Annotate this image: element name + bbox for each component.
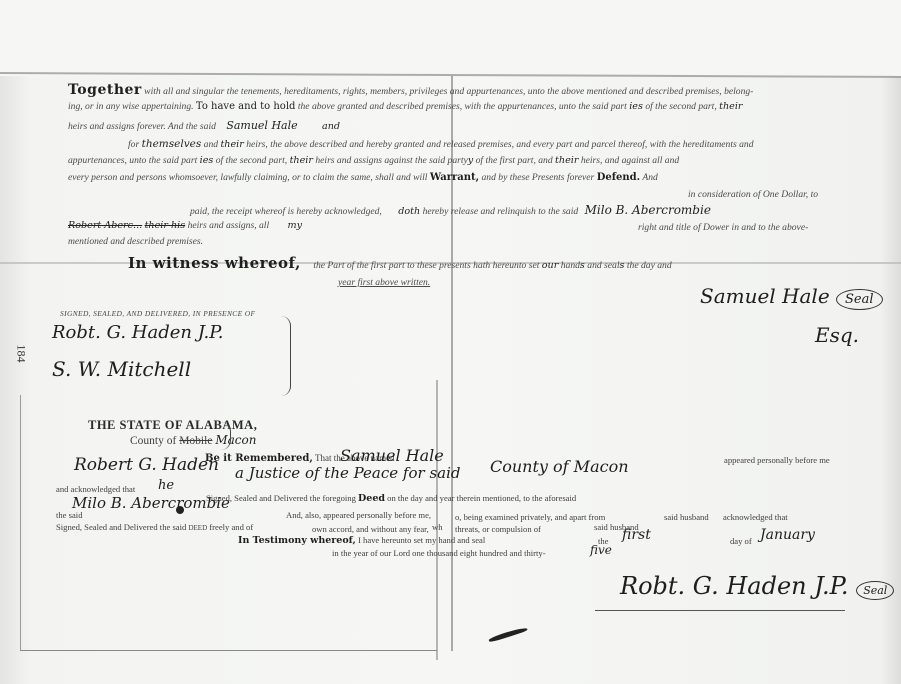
handwritten-county: County of Macon: [490, 457, 629, 476]
grantor-signature: Samuel Hale Seal: [700, 284, 883, 308]
county-label: County of: [130, 435, 176, 447]
be-it-remembered-heading: Be it Remembered,: [205, 453, 313, 464]
deed-line-5: appurtenances, unto the said part ies of…: [68, 155, 679, 166]
deed-text: the Part of the first part to these pres…: [313, 260, 539, 271]
deed-text: of the first part, and: [473, 155, 552, 166]
deed-text: And: [640, 172, 658, 183]
deed-line-9b: right and title of Dower in and to the a…: [638, 222, 808, 233]
deed-text: of the second part,: [645, 101, 716, 112]
blank-top-margin: [0, 0, 901, 76]
state-heading: THE STATE OF ALABAMA,: [88, 418, 257, 433]
deed-text: every person and persons whomsoever, law…: [68, 172, 430, 183]
husband-text: said husband: [664, 512, 709, 522]
witness-clause: In witness whereof, the Part of the firs…: [128, 254, 672, 272]
deed-text: with all and singular the tenements, her…: [142, 86, 754, 97]
handwritten-title: a Justice of the Peace for said: [235, 464, 460, 482]
deed-text: right and title of Dower in and to the a…: [638, 222, 808, 233]
testimony-line: In Testimony whereof, I have hereunto se…: [238, 535, 485, 546]
handwritten-fill: our: [542, 260, 559, 271]
deed-text: mentioned and described premises.: [68, 236, 203, 247]
deed-line-4: for themselves and their heirs, the abov…: [128, 138, 754, 150]
presence-label: SIGNED, SEALED, AND DELIVERED, IN PRESEN…: [60, 309, 255, 318]
ink-blot: [176, 506, 184, 514]
seal-icon: Seal: [856, 581, 894, 600]
deed-text: the above granted and described premises…: [295, 101, 626, 112]
deed-line-9: Robert Aberc... their his heirs and assi…: [68, 220, 302, 231]
handwritten-fill: ies: [629, 101, 643, 112]
ack-text: freely and of: [209, 522, 253, 532]
deed-text: heirs and assigns, all: [185, 220, 269, 231]
habendum-heading: To have and to hold: [196, 101, 296, 112]
deed-text: of the second part,: [216, 155, 287, 166]
ack-text: on the day and year therein mentioned, t…: [387, 493, 576, 503]
signed2-line: Signed, Sealed and Delivered the said De…: [56, 522, 253, 532]
deed-line-8: paid, the receipt whereof is hereby ackn…: [190, 203, 711, 217]
handwritten-fill: their his: [145, 220, 186, 231]
in-testimony-heading: In Testimony whereof,: [238, 535, 356, 546]
signature-underline: [595, 610, 845, 611]
deed-line-6: every person and persons whomsoever, law…: [68, 172, 658, 183]
deed-line-7: in consideration of One Dollar, to: [688, 189, 818, 200]
seal-icon: Seal: [836, 289, 883, 310]
deed-line-2: ing, or in any wise appertaining. To hav…: [68, 101, 743, 112]
county-line: County of Mobile Macon: [130, 433, 256, 447]
jp-name: Robt. G. Haden J.P.: [620, 572, 849, 600]
in-witness-heading: In witness whereof,: [128, 254, 301, 272]
seal-mark: Esq.: [815, 323, 859, 347]
deed-text: paid, the receipt whereof is hereby ackn…: [190, 206, 382, 217]
handwritten-grantee-name: Milo B. Abercrombie: [585, 203, 711, 217]
deed-text: for: [128, 139, 139, 150]
handwritten-fill: their: [719, 101, 742, 112]
handwritten-year: five: [590, 543, 612, 557]
deed-text: hereby release and relinquish to the sai…: [423, 206, 579, 217]
acknowledged-text: acknowledged that: [723, 512, 788, 522]
handwritten-fill: their: [555, 155, 578, 166]
deed-text: appurtenances, unto the said part: [68, 155, 197, 166]
handwritten-grantee: Milo B. Abercrombie: [72, 494, 230, 512]
deed-text: the day and: [627, 260, 672, 271]
also-text: And, also, appeared personally before me…: [286, 510, 431, 520]
handwritten-month: January: [760, 527, 815, 543]
handwritten-grantor-name: Samuel Hale: [226, 119, 297, 132]
together-heading: Together: [68, 82, 142, 98]
deed-text: heirs and assigns against the said party: [315, 155, 467, 166]
deed-text: ing, or in any wise appertaining.: [68, 101, 196, 112]
deed-text: heirs and assigns forever. And the said: [68, 121, 216, 132]
deed-word: Deed: [188, 524, 207, 532]
handwritten-fill: s: [580, 260, 585, 271]
deed-text: heirs, the above described and hereby gr…: [244, 139, 754, 150]
deed-line-10: mentioned and described premises.: [68, 236, 203, 247]
deed-text: and by these Presents forever: [479, 172, 597, 183]
handwritten-day: first: [622, 527, 651, 543]
witness-signature-1: Robt. G. Haden J.P.: [52, 322, 223, 343]
year-line: in the year of our Lord one thousand eig…: [332, 548, 546, 558]
deed-text: year first above written.: [338, 277, 430, 288]
handwritten-fill: themselves: [142, 138, 202, 150]
deed-text: and: [201, 139, 220, 150]
threats-text: threats, or compulsion of: [455, 524, 541, 534]
handwritten-fill: doth: [398, 206, 420, 217]
deed-word: Deed: [358, 493, 385, 504]
ack-signed-line: Signed, Sealed and Delivered the foregoi…: [206, 493, 576, 504]
ack-label: and acknowledged that: [56, 484, 135, 494]
deed-text: hand: [561, 260, 580, 271]
witness-signature-2: S. W. Mitchell: [52, 357, 191, 381]
examined-text: o, being examined privately, and apart f…: [455, 512, 605, 522]
struck-name: Robert Aberc...: [68, 220, 142, 231]
wh-text: wh: [432, 522, 443, 532]
handwritten-name: Samuel Hale: [340, 446, 444, 465]
own-accord-text: own accord, and without any fear,: [312, 524, 429, 534]
handwritten-fill: he: [158, 478, 174, 493]
handwritten-fill: s: [620, 260, 625, 271]
handwritten-fill: their: [220, 139, 243, 150]
document-page: Together with all and singular the tenem…: [0, 0, 901, 684]
witness-brace: [270, 316, 291, 396]
handwritten-fill: my: [288, 220, 303, 231]
deed-text: in consideration of One Dollar, to: [688, 189, 818, 200]
witness-clause-line2: year first above written.: [338, 277, 430, 288]
ack-text: Signed, Sealed and Delivered the said: [56, 522, 186, 532]
county-brace: [218, 422, 231, 450]
justice-signature: Robt. G. Haden J.P. Seal: [620, 572, 894, 600]
grantor-name: Samuel Hale: [700, 284, 830, 308]
struck-county: Mobile: [179, 435, 212, 447]
handwritten-fill: and: [322, 121, 340, 132]
day-of-label: day of: [730, 536, 752, 546]
ack-text: I have hereunto set my hand and seal: [358, 535, 485, 545]
warrant-word: Warrant,: [430, 172, 479, 183]
ink-stain: [488, 626, 528, 643]
defend-word: Defend.: [597, 172, 640, 183]
handwritten-officer: Robert G. Haden: [74, 455, 219, 475]
deed-line-1: Together with all and singular the tenem…: [68, 82, 753, 98]
handwritten-fill: their: [290, 155, 313, 166]
the-said-label: the said: [56, 510, 83, 520]
handwritten-fill: ies: [200, 155, 214, 166]
deed-line-3: heirs and assigns forever. And the said …: [68, 119, 340, 132]
deed-text: heirs, and against all and: [581, 155, 679, 166]
appeared-text: appeared personally before me: [724, 455, 830, 465]
deed-text: and seal: [587, 260, 619, 271]
page-number: 184: [14, 345, 29, 363]
